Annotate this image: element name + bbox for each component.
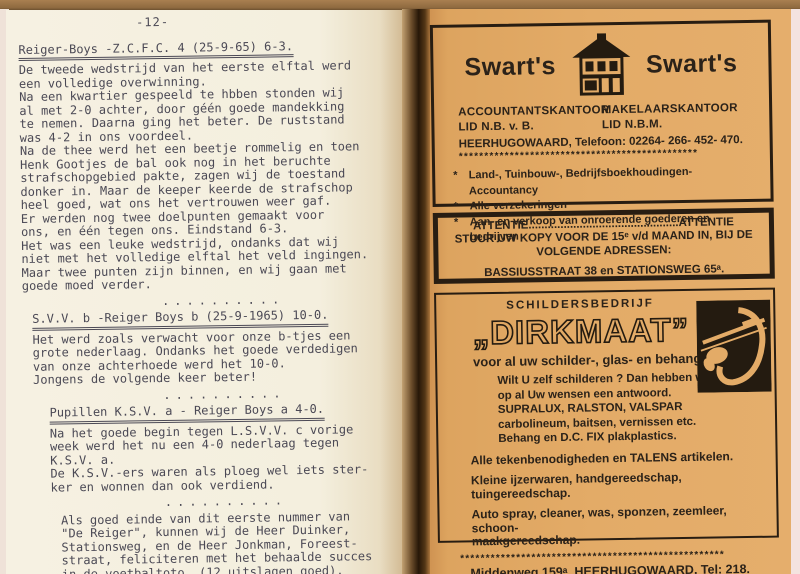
typewritten-content: -12- Reiger-Boys -Z.C.F.C. 4 (25-9-65) 6… [18,10,416,574]
scanned-newsletter-spread: -12- Reiger-Boys -Z.C.F.C. 4 (25-9-65) 6… [0,0,800,574]
dirkmaat-offer: Alle tekenbenodigheden en TALENS artikel… [471,449,776,467]
swarts-name-left: Swart's [464,51,556,81]
swarts-office-accountants: ACCOUNTANTSKANTOOR LID N.B. v. B. [448,103,602,135]
match-report-text: Het werd zoals verwacht voor onze b-tjes… [32,328,413,387]
left-page: -12- Reiger-Boys -Z.C.F.C. 4 (25-9-65) 6… [6,10,408,574]
match-report-svv: S.V.V. b -Reiger Boys b (25-9-1965) 10-0… [32,308,413,388]
match-heading-svv: S.V.V. b -Reiger Boys b (25-9-1965) 10-0… [32,309,328,331]
office-membership: LID N.B. v. B. [458,118,602,135]
closing-note-text: Als goed einde van dit eerste nummer van… [61,509,416,574]
office-membership: LID N.B.M. [602,116,756,133]
office-title: ACCOUNTANTSKANTOOR [458,103,602,120]
match-report-text: Na het goede begin tegen L.S.V.V. c vori… [50,422,415,495]
dirkmaat-offer: Kleine ijzerwaren, handgereedschap, tuin… [471,470,776,502]
dotted-separator: .......... [162,291,412,308]
scan-right-page-edge [791,9,800,574]
office-title: MAKELAARSKANTOOR [602,101,756,118]
match-heading-pupillen: Pupillen K.S.V. a - Reiger Boys a 4-0. [49,403,324,424]
service-item: * Land-, Tuinbouw-, Bedrijfsboekhoudinge… [449,164,756,200]
dotted-separator: .......... [165,493,415,510]
match-report-text: De tweede wedstrijd van het eerste elfta… [19,59,412,294]
house-icon [571,33,630,98]
attentie-addresses: BASSIUSSTRAAT 38 en STATIONSWEG 65ᵃ. [447,263,762,280]
swarts-name-right: Swart's [646,49,738,79]
page-number: -12- [136,13,408,30]
dirkmaat-intro: Wilt U zelf schilderen ? Dan hebben wij … [497,371,713,447]
swarts-brand-row: Swart's [447,27,755,104]
right-page: Swart's [430,9,791,574]
asterisk-bullet: * [449,168,469,199]
advertisement-column: Swart's [426,3,796,574]
swarts-office-makelaars: MAKELAARSKANTOOR LID N.B.M. [602,101,756,133]
match-heading-zcfc: Reiger-Boys -Z.C.F.C. 4 (25-9-65) 6-3. [18,40,293,61]
service-text: Land-, Tuinbouw-, Bedrijfsboekhoudingen-… [469,164,757,200]
swarts-ad: Swart's [430,20,774,207]
attentie-notice: ATTENTIE................................… [433,208,775,284]
paintbrush-logo-icon [696,300,771,393]
match-report-zcfc: Reiger-Boys -Z.C.F.C. 4 (25-9-65) 6-3. D… [18,38,411,293]
dotted-separator: .......... [163,385,413,402]
dirkmaat-ad: SCHILDERSBEDRIJF „DIRKMAAT” voor al uw s… [434,288,779,543]
dirkmaat-offer: Auto spray, cleaner, was, sponzen, zeeml… [471,504,777,549]
match-report-pupillen: Pupillen K.S.V. a - Reiger Boys a 4-0. N… [49,402,414,495]
closing-note: Als goed einde van dit eerste nummer van… [61,509,416,574]
swarts-offices: ACCOUNTANTSKANTOOR LID N.B. v. B. MAKELA… [448,101,755,136]
